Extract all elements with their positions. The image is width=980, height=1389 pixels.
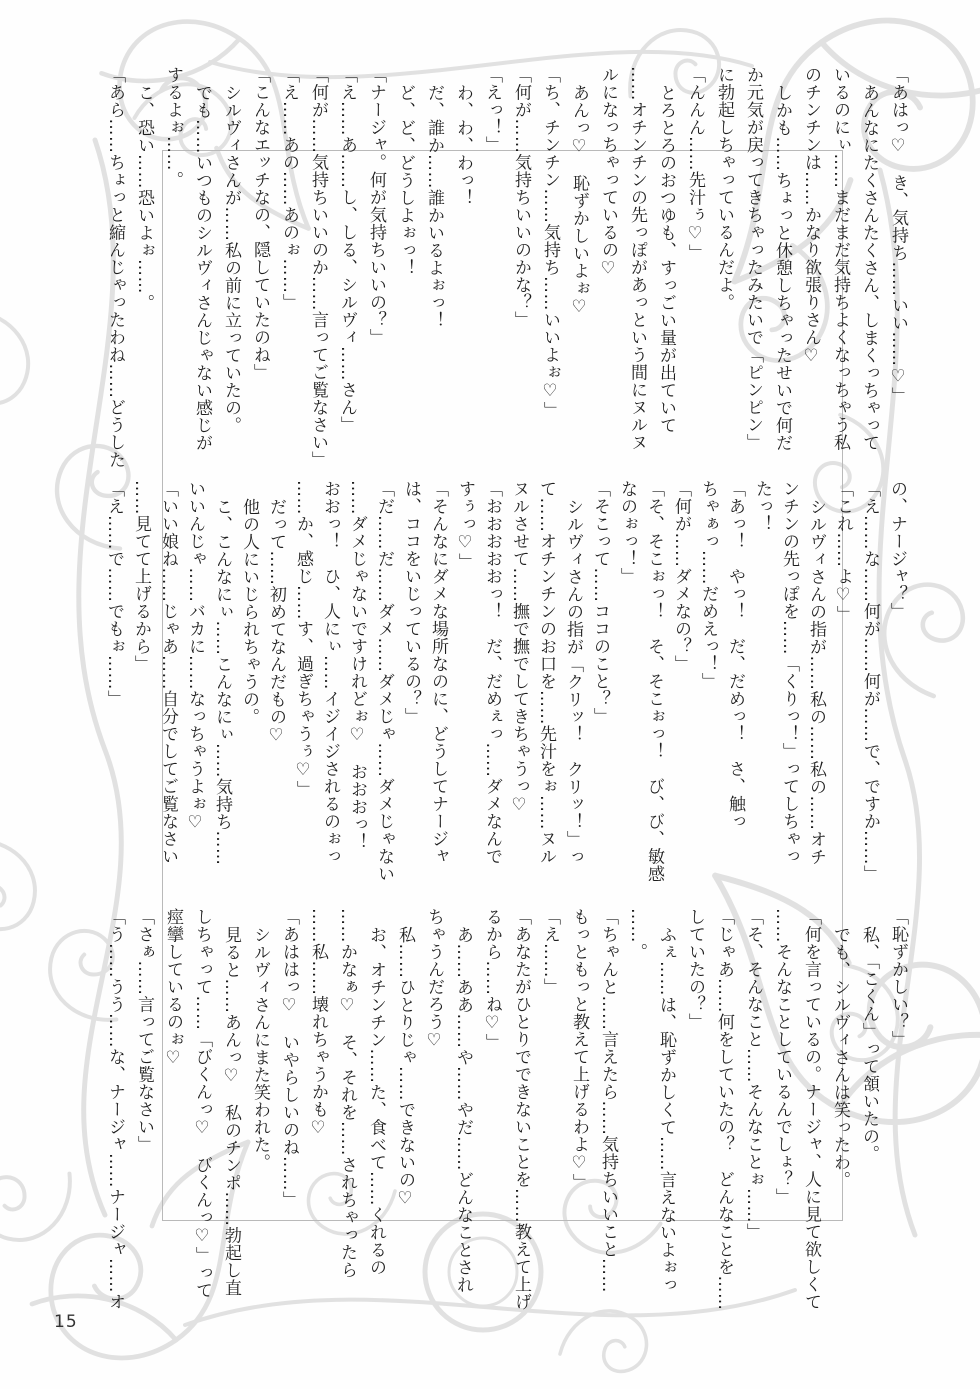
text-line: のチンチンは……かなり欲張りさん♡: [796, 66, 825, 476]
text-line: シルヴィさんが……私の前に立っていたの。: [216, 66, 245, 476]
text-line: おおっ！ ひ、人にぃ……イジイジされるのぉっ: [316, 480, 343, 902]
text-line: 「あははっ♡ いやらしいのね……」: [274, 908, 303, 1348]
text-line: 「さぁ……言ってご覧なさい」: [129, 908, 158, 1348]
text-line: 「あはっ♡ き、気持ち……いい……♡」: [883, 66, 912, 476]
text-line: 「じゃあ……何をしていたの？ どんなことを……: [709, 908, 738, 1348]
text-line: 「ち、チンチン……気持ち……いいよぉ♡」: [535, 66, 564, 476]
text-line: 「こんなエッチなの、隠していたのね」: [245, 66, 274, 476]
text-line: あ……ああ……や……やだ……どんなことされ: [448, 908, 477, 1348]
text-line: 「う……うう……な、ナージャ……ナージャ……オ: [100, 908, 129, 1348]
text-line: ……か、感じ……す、過ぎちゃうぅ♡」: [289, 480, 316, 902]
text-line: 他の人にいじられちゃうの。: [235, 480, 262, 902]
text-line: ……オチンチンの先っぽがあっという間にヌルヌ: [622, 66, 651, 476]
text-line: わ、わ、わっ！: [448, 66, 477, 476]
text-line: 「これ……よ♡」: [829, 480, 856, 902]
text-line: か元気が戻ってきちゃったみたいで「ピンピン」: [738, 66, 767, 476]
text-line: ……そんなことしているんでしょ？」: [767, 908, 796, 1348]
text-line: 「そ、そんなこと……そんなことぉ……」: [738, 908, 767, 1348]
text-line: 私、「こくん」って頷いたの。: [854, 908, 883, 1348]
text-line: 「ナージャ。何が気持ちいいの？」: [361, 66, 390, 476]
text-line: 「恥ずかしい？」: [883, 908, 912, 1348]
text-line: るから……ね♡」: [477, 908, 506, 1348]
text-line: 痙攣しているのぉ♡: [158, 908, 187, 1348]
text-line: 「え……な……何が……何が……で、ですか……」: [856, 480, 883, 902]
text-line: 「あなたがひとりでできないことを……教えて上げ: [506, 908, 535, 1348]
text-line: あんなにたくさんたくさん、しまくっちゃって: [854, 66, 883, 476]
text-line: ……かなぁ♡ そ、それを……されちゃったら: [332, 908, 361, 1348]
text-line: ちゃぁっ……だめえっ！」: [694, 480, 721, 902]
text-line: 「え……で……でもぉ……」: [100, 480, 127, 902]
text-line: ……私……壊れちゃうかも♡: [303, 908, 332, 1348]
text-line: は、ココをいじっているの？」: [397, 480, 424, 902]
text-line: いいんじゃ……バカに……なっちゃうよぉ♡: [181, 480, 208, 902]
text-line: シルヴィさんの指が……私の……私の……オチ: [802, 480, 829, 902]
text-line: ンチンの先っぽを……「くりっ！」ってしちゃっ: [775, 480, 802, 902]
text-line: 「いい娘ね……じゃあ……自分でしてご覧なさい: [154, 480, 181, 902]
text-line: なのぉっ！」: [613, 480, 640, 902]
text-line: に勃起しちゃっているんだよ。: [709, 66, 738, 476]
text-line: ふぇ……は、恥ずかしくて……言えないよぉっ: [651, 908, 680, 1348]
text-line: 「おおおおおっ！ だ、だめぇっ……ダメなんで: [478, 480, 505, 902]
text-line: だって……初めてなんだもの♡: [262, 480, 289, 902]
text-line: たっ！: [748, 480, 775, 902]
text-line: ヌルさせて……撫で撫でしてきちゃうっ♡: [505, 480, 532, 902]
text-line: 「何が……気持ちいいのか……言ってご覧なさい」: [303, 66, 332, 476]
text-line: 「あら……ちょっと縮んじゃったわね……どうした: [100, 66, 129, 476]
text-line: もっともっと教えて上げるわよ♡」: [564, 908, 593, 1348]
text-line: だ、誰か……誰かいるよぉっ！: [419, 66, 448, 476]
text-line: していたの？」: [680, 908, 709, 1348]
text-line: ……ダメじゃないですけれどぉ♡ おおおっ！: [343, 480, 370, 902]
text-line: 私……ひとりじゃ……できないの♡: [390, 908, 419, 1348]
text-line: 「あっ！ やっ！ だ、だめっ！ さ、触っ: [721, 480, 748, 902]
text-line: 「だ……だ……ダメ……ダメじゃ……ダメじゃない: [370, 480, 397, 902]
text-line: すぅっ♡」: [451, 480, 478, 902]
text-line: 「んんん……先汁ぅ♡」: [680, 66, 709, 476]
text-line: ルになっちゃっているの♡: [593, 66, 622, 476]
text-line: 「そんなにダメな場所なのに、どうしてナージャ: [424, 480, 451, 902]
text-line: こ、こんなにぃ……こんなにぃ……気持ち……: [208, 480, 235, 902]
text-line: シルヴィさんの指が「クリッ！ クリッ！」っ: [559, 480, 586, 902]
text-band-top: 「あはっ♡ き、気持ち……いい……♡」あんなにたくさんたくさん、しまくっちゃって…: [100, 66, 912, 476]
text-band-bottom: 「恥ずかしい？」私、「こくん」って頷いたの。でも、シルヴィさんは笑ったわ。「何を…: [100, 908, 912, 1348]
text-line: お、オチンチン……た、食べて……くれるの: [361, 908, 390, 1348]
text-line: 「えっ！」: [477, 66, 506, 476]
text-line: の、ナージャ？」: [883, 480, 910, 902]
text-line: 「え……」: [535, 908, 564, 1348]
text-line: こ、恐い……恐いよぉ……。: [129, 66, 158, 476]
text-line: 「何が……気持ちいいのかな？」: [506, 66, 535, 476]
text-line: あんっ♡ 恥ずかしいよぉ♡: [564, 66, 593, 476]
text-line: でも、シルヴィさんは笑ったわ。: [825, 908, 854, 1348]
text-line: て……オチンチンのお口を……先汁をぉ……ヌル: [532, 480, 559, 902]
text-line: とろとろのおつゆも、すっごい量が出ていて: [651, 66, 680, 476]
text-line: 「何が……ダメなの？」: [667, 480, 694, 902]
text-line: 「何を言っているの。ナージャ、人に見て欲しくて: [796, 908, 825, 1348]
page-number: 15: [54, 1312, 78, 1332]
text-line: 「ちゃんと……言えたら……気持ちいいこと……: [593, 908, 622, 1348]
doujinshi-page: 「あはっ♡ き、気持ち……いい……♡」あんなにたくさんたくさん、しまくっちゃって…: [0, 0, 980, 1389]
text-line: 「そこって……ココのこと？」: [586, 480, 613, 902]
text-line: ど、ど、どうしよぉっ！: [390, 66, 419, 476]
text-line: 「え……あの……あのぉ……」: [274, 66, 303, 476]
text-line: ……。: [622, 908, 651, 1348]
text-line: でも……いつものシルヴィさんじゃない感じが: [187, 66, 216, 476]
text-line: 「え……あ……し、しる、シルヴィ……さん」: [332, 66, 361, 476]
text-line: するよぉ……。: [158, 66, 187, 476]
text-line: しちゃって……「びくんっ♡ びくんっ♡」って: [187, 908, 216, 1348]
text-line: 「そ、そこぉっ！ そ、そこぉっ！ び、び、敏感: [640, 480, 667, 902]
text-line: いるのにぃ……まだまだ気持ちよくなっちゃう私: [825, 66, 854, 476]
text-line: シルヴィさんにまた笑われた。: [245, 908, 274, 1348]
text-band-middle: の、ナージャ？」「え……な……何が……何が……で、ですか……」「これ……よ♡」シ…: [100, 480, 910, 902]
text-line: ちゃうんだろう♡: [419, 908, 448, 1348]
text-line: しかも……ちょっと休憩しちゃったせいで何だ: [767, 66, 796, 476]
text-line: ……見てて上げるから」: [127, 480, 154, 902]
text-line: 見ると……あんっ♡ 私のチンポ……勃起し直: [216, 908, 245, 1348]
